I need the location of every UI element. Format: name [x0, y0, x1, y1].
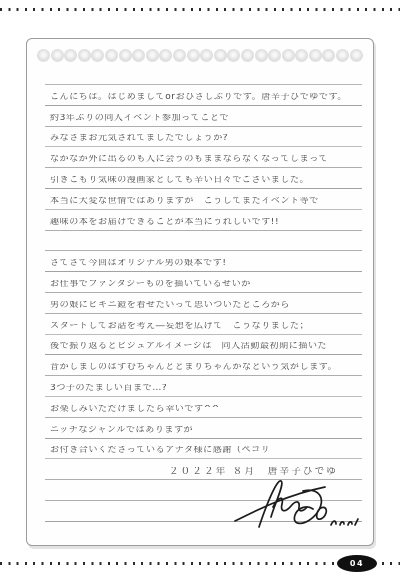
letter-line: スタートしてお話を考え―妄想を広げて こうなりました；: [45, 314, 362, 335]
letter-line-text: 後で振り返るとビジュアルイメージは 同人活動最初期に描いた: [50, 342, 327, 351]
letter-line: 男の娘にビキニ鎧を着せたいって思いついたところから: [45, 293, 362, 314]
stamp-circle-icon: [146, 49, 159, 62]
letter-line: お楽しみいただけましたら幸いです^^: [45, 397, 362, 418]
letter-line-text: ニッチなジャンルではありますが: [50, 426, 193, 435]
letter-line-text: みなさまお元気されてましたでしょうか?: [50, 134, 228, 143]
letter-line: [45, 480, 362, 501]
letter-line: [45, 231, 362, 252]
page-number-badge: 04: [337, 555, 377, 572]
letter-line-text: スタートしてお話を考え―妄想を広げて こうなりました；: [50, 322, 309, 331]
letter-body: こんにちは。はじめましてorおひさしぶりです。唐辛子ひでゆです。約3年ぶりの同人…: [45, 84, 362, 522]
stamp-circle-icon: [241, 49, 254, 62]
stamp-circle-icon: [227, 49, 240, 62]
letter-line: なかなか外に出るのも人に会うのもままならなくなってしまって: [45, 147, 362, 168]
letter-line: お付き合いくださっているアナタ様に感謝（ペコリ: [45, 439, 362, 460]
letter-line: 後で振り返るとビジュアルイメージは 同人活動最初期に描いた: [45, 335, 362, 356]
letter-line-text: 約3年ぶりの同人イベント参加ってことで: [50, 114, 229, 123]
letter-line: 趣味の本をお届けできることが本当にうれしいです!!: [45, 210, 362, 231]
stamp-circle-icon: [309, 49, 322, 62]
letter-line-text: お付き合いくださっているアナタ様に感謝（ペコリ: [50, 446, 270, 455]
letter-line-text: 引きこもり気味の漫画家としても辛い日々でございました。: [50, 176, 309, 185]
stamp-border-row: [37, 48, 363, 62]
stamp-circle-icon: [91, 49, 104, 62]
letter-line: [45, 501, 362, 522]
stamp-circle-icon: [187, 49, 200, 62]
stamp-circle-icon: [268, 49, 281, 62]
letter-line-text: お楽しみいただけましたら幸いです^^: [50, 405, 220, 414]
stamp-circle-icon: [322, 49, 335, 62]
stamp-circle-icon: [64, 49, 77, 62]
page-number: 04: [350, 559, 364, 568]
letter-line: お仕事でファンタジーものを描いているせいか: [45, 272, 362, 293]
letter-line-text: お仕事でファンタジーものを描いているせいか: [50, 280, 251, 289]
stamp-circle-icon: [295, 49, 308, 62]
stamp-circle-icon: [350, 49, 363, 62]
letter-line-text: 3つ子のたましい百まで…?: [50, 384, 167, 393]
letter-line-text: 男の娘にビキニ鎧を着せたいって思いついたところから: [50, 301, 290, 310]
letter-line: 昔かしましのはずむちゃんととまりちゃんかなという気がします。: [45, 355, 362, 376]
stamp-circle-icon: [119, 49, 132, 62]
letter-line: さてさて今回はオリジナル男の娘本です!: [45, 251, 362, 272]
stamp-circle-icon: [159, 49, 172, 62]
letter-line-text: こんにちは。はじめましてorおひさしぶりです。唐辛子ひでゆです。: [50, 93, 347, 102]
letter-line: こんにちは。はじめましてorおひさしぶりです。唐辛子ひでゆです。: [45, 85, 362, 106]
letter-line-text: 昔かしましのはずむちゃんととまりちゃんかなという気がします。: [50, 363, 337, 372]
letter-line: 本当に大変な世情ではありますが こうしてまたイベント等で: [45, 189, 362, 210]
letter-line: ２０２２年 ８月 唐辛子ひでゆ: [45, 459, 362, 480]
letter-line: ニッチなジャンルではありますが: [45, 418, 362, 439]
letter-line: 約3年ぶりの同人イベント参加ってことで: [45, 106, 362, 127]
stamp-circle-icon: [282, 49, 295, 62]
letter-line: 3つ子のたましい百まで…?: [45, 376, 362, 397]
stamp-circle-icon: [51, 49, 64, 62]
letter-paper: こんにちは。はじめましてorおひさしぶりです。唐辛子ひでゆです。約3年ぶりの同人…: [26, 38, 374, 546]
stamp-circle-icon: [78, 49, 91, 62]
letter-line: みなさまお元気されてましたでしょうか?: [45, 127, 362, 148]
stamp-circle-icon: [200, 49, 213, 62]
stamp-circle-icon: [336, 49, 349, 62]
letter-line-text: なかなか外に出るのも人に会うのもままならなくなってしまって: [50, 155, 328, 164]
stamp-circle-icon: [173, 49, 186, 62]
letter-line-text: ２０２２年 ８月 唐辛子ひでゆ: [169, 467, 338, 477]
top-dotted-border: [0, 8, 400, 11]
letter-line-text: 本当に大変な世情ではありますが こうしてまたイベント等で: [50, 197, 319, 206]
stamp-circle-icon: [105, 49, 118, 62]
stamp-circle-icon: [214, 49, 227, 62]
stamp-circle-icon: [255, 49, 268, 62]
letter-line-text: さてさて今回はオリジナル男の娘本です!: [50, 259, 227, 268]
letter-line: 引きこもり気味の漫画家としても辛い日々でございました。: [45, 168, 362, 189]
stamp-circle-icon: [132, 49, 145, 62]
stamp-circle-icon: [37, 49, 50, 62]
letter-line-text: 趣味の本をお届けできることが本当にうれしいです!!: [50, 218, 279, 227]
